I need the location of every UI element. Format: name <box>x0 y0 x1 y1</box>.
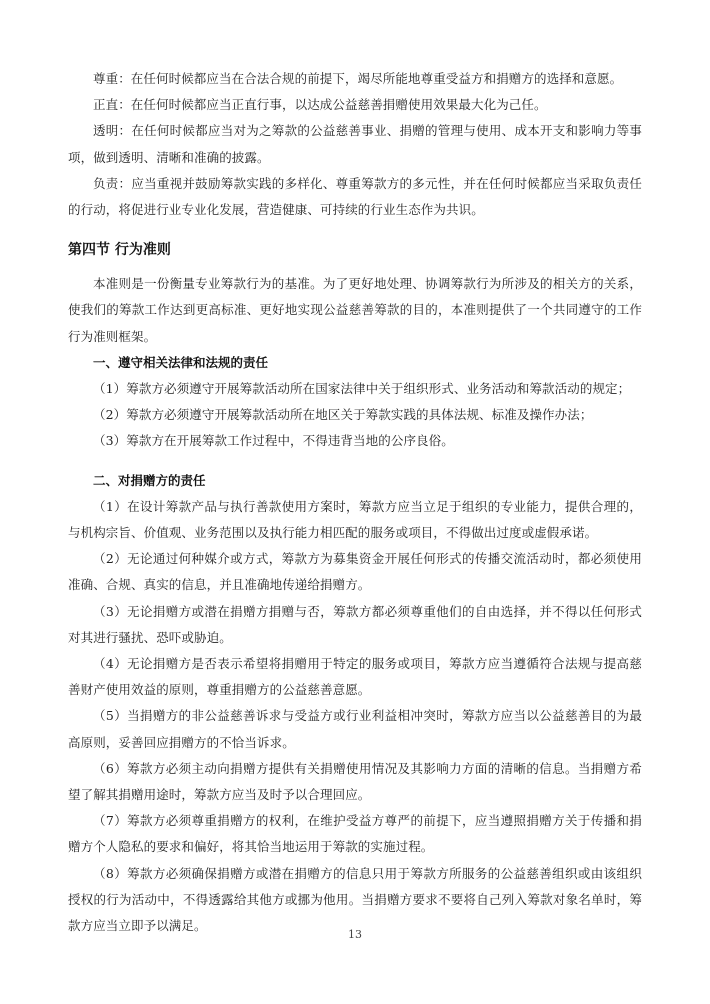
part2-item: （3）无论捐赠方或潜在捐赠方捐赠与否，筹款方都必须尊重他们的自由选择，并不得以任… <box>68 599 642 651</box>
part1-title: 一、遵守相关法律和法规的责任 <box>68 350 642 376</box>
part2-item: （5）当捐赠方的非公益慈善诉求与受益方或行业利益相冲突时，筹款方应当以公益慈善目… <box>68 703 642 755</box>
part1-item: （2）筹款方必须遵守开展筹款活动所在地区关于筹款实践的具体法规、标准及操作办法； <box>68 402 642 428</box>
part1-item: （3）筹款方在开展筹款工作过程中，不得违背当地的公序良俗。 <box>68 428 642 454</box>
document-page: 尊重：在任何时候都应当在合法合规的前提下，竭尽所能地尊重受益方和捐赠方的选择和意… <box>68 66 642 939</box>
principle-transparency: 透明：在任何时候都应当对为之筹款的公益慈善事业、捐赠的管理与使用、成本开支和影响… <box>68 118 642 170</box>
page-number: 13 <box>0 928 710 941</box>
part2-title: 二、对捐赠方的责任 <box>68 468 642 494</box>
part1-item: （1）筹款方必须遵守开展筹款活动所在国家法律中关于组织形式、业务活动和筹款活动的… <box>68 376 642 402</box>
principle-respect: 尊重：在任何时候都应当在合法合规的前提下，竭尽所能地尊重受益方和捐赠方的选择和意… <box>68 66 642 92</box>
part2-item: （2）无论通过何种媒介或方式，筹款方为募集资金开展任何形式的传播交流活动时，都必… <box>68 546 642 598</box>
principle-integrity: 正直：在任何时候都应当正直行事，以达成公益慈善捐赠使用效果最大化为己任。 <box>68 92 642 118</box>
part2-item: （7）筹款方必须尊重捐赠方的权利，在维护受益方尊严的前提下，应当遵照捐赠方关于传… <box>68 808 642 860</box>
section-title: 第四节 行为准则 <box>68 237 642 263</box>
part2-item: （1）在设计筹款产品与执行善款使用方案时，筹款方应当立足于组织的专业能力，提供合… <box>68 494 642 546</box>
spacer <box>68 455 642 468</box>
part2-item: （4）无论捐赠方是否表示希望将捐赠用于特定的服务或项目，筹款方应当遵循符合法规与… <box>68 651 642 703</box>
section-intro: 本准则是一份衡量专业筹款行为的基准。为了更好地处理、协调筹款行为所涉及的相关方的… <box>68 271 642 350</box>
part2-item: （6）筹款方必须主动向捐赠方提供有关捐赠使用情况及其影响力方面的清晰的信息。当捐… <box>68 756 642 808</box>
principle-responsibility: 负责：应当重视并鼓励筹款实践的多样化、尊重筹款方的多元性，并在任何时候都应当采取… <box>68 171 642 223</box>
